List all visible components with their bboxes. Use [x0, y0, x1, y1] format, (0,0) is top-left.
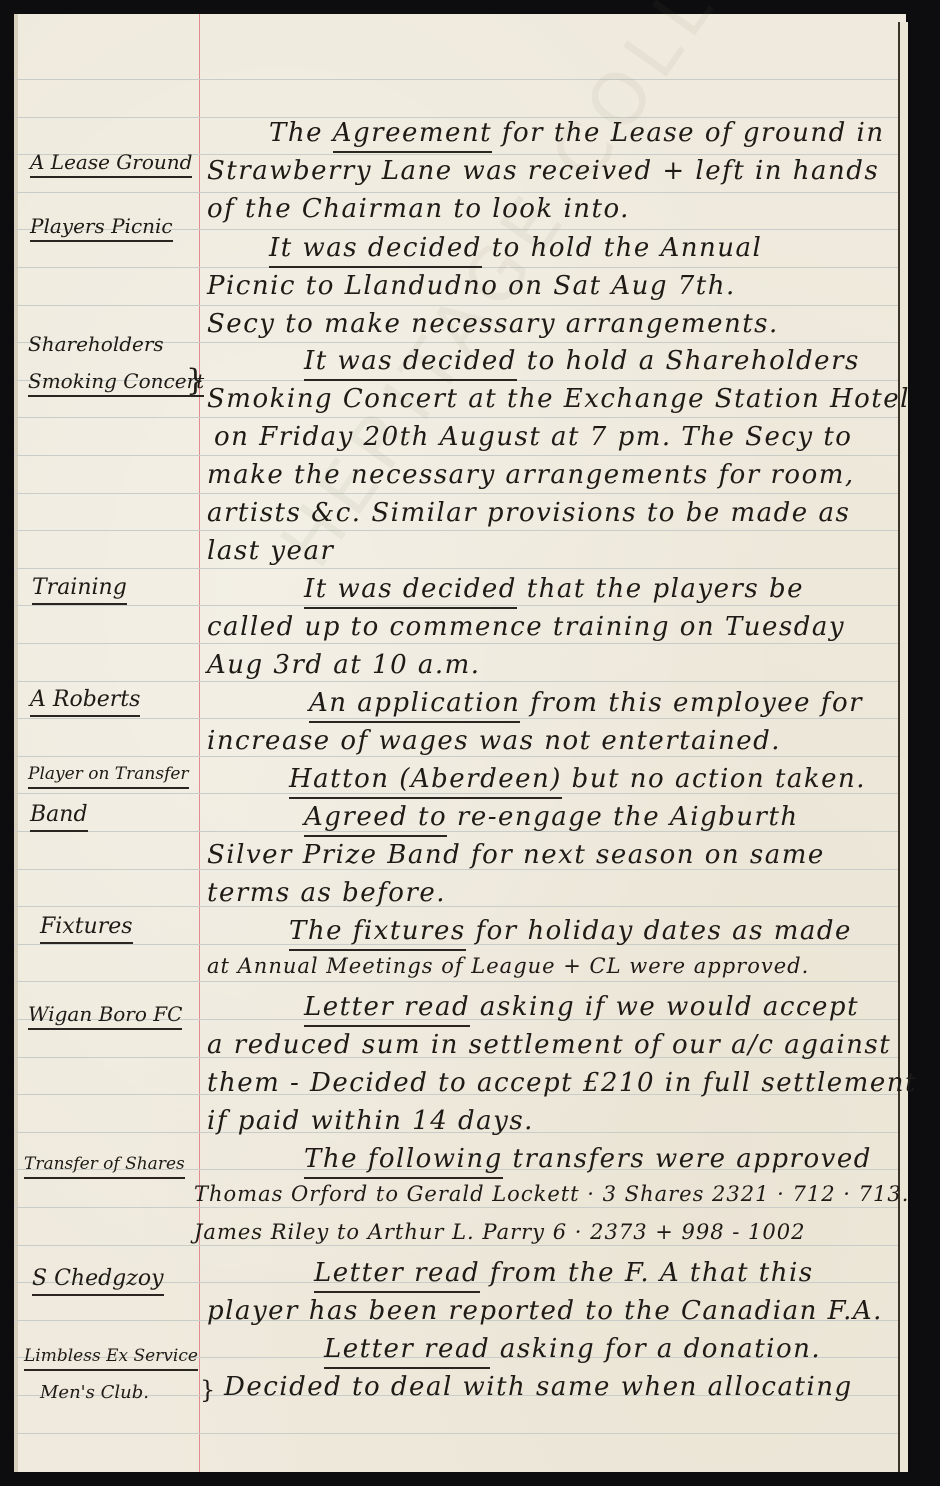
- margin-heading-mens-club: Men's Club.: [40, 1384, 149, 1402]
- minute-line-roberts: increase of wages was not entertained.: [207, 728, 781, 754]
- margin-heading-a-roberts: A Roberts: [30, 689, 140, 717]
- minute-line-shares: The following transfers were approved: [304, 1146, 872, 1172]
- line-text: James Riley to Arthur L. Parry 6 · 2373 …: [194, 1220, 805, 1244]
- page-left-edge: [14, 14, 18, 1472]
- ruled-line: [14, 643, 898, 644]
- next-page-edge: [900, 22, 908, 1472]
- line-text: increase of wages was not entertained.: [207, 726, 781, 756]
- ruled-line: [14, 681, 898, 682]
- ruled-line: [14, 192, 898, 193]
- minute-line-band: Agreed to re-engage the Aigburth: [304, 804, 799, 830]
- underlined-phrase: The fixtures: [289, 916, 466, 951]
- line-text: of the Chairman to look into.: [207, 194, 630, 224]
- page-fold-line: [898, 22, 900, 1472]
- minute-line-lease: Strawberry Lane was received + left in h…: [207, 158, 879, 184]
- minute-line-picnic: Secy to make necessary arrangements.: [207, 311, 779, 337]
- line-text: Decided to deal with same when allocatin…: [224, 1372, 853, 1402]
- line-text: player has been reported to the Canadian…: [207, 1296, 883, 1326]
- line-text: terms as before.: [207, 878, 446, 908]
- ruled-line: [14, 493, 898, 494]
- minute-line-fixtures: The fixtures for holiday dates as made: [289, 918, 852, 944]
- underlined-phrase: Agreement: [333, 118, 492, 153]
- minute-line-lease: of the Chairman to look into.: [207, 196, 630, 222]
- minute-line-lease: The Agreement for the Lease of ground in: [269, 120, 885, 146]
- ruled-line: [14, 305, 898, 306]
- minute-line-fixtures: at Annual Meetings of League + CL were a…: [207, 956, 809, 977]
- margin-heading-lease-ground: A Lease Ground: [30, 152, 192, 178]
- underlined-phrase: Letter read: [304, 992, 470, 1027]
- line-text: make the necessary arrangements for room…: [207, 460, 855, 490]
- line-text: asking for a donation.: [490, 1334, 821, 1364]
- line-text: Aug 3rd at 10 a.m.: [207, 650, 481, 680]
- line-text: Silver Prize Band for next season on sam…: [207, 840, 825, 870]
- minute-line-training: Aug 3rd at 10 a.m.: [207, 652, 481, 678]
- underlined-phrase: It was decided: [304, 346, 517, 381]
- minute-line-limbless: Letter read asking for a donation.: [324, 1336, 821, 1362]
- ruled-line: [14, 530, 898, 531]
- underlined-phrase: It was decided: [304, 574, 517, 609]
- margin-heading-transfer-of-shares: Transfer of Shares: [24, 1156, 185, 1179]
- margin-heading-shareholders: Shareholders: [28, 334, 164, 354]
- ruled-line: [14, 1433, 898, 1434]
- minute-line-concert: It was decided to hold a Shareholders: [304, 348, 860, 374]
- minute-line-limbless: Decided to deal with same when allocatin…: [224, 1374, 853, 1400]
- underlined-phrase: It was decided: [269, 233, 482, 268]
- brace-mark: }: [186, 366, 205, 396]
- minute-line-concert: artists &c. Similar provisions to be mad…: [207, 500, 850, 526]
- underlined-phrase: Hatton (Aberdeen): [289, 764, 562, 799]
- minute-line-roberts: An application from this employee for: [309, 690, 863, 716]
- minute-line-concert: on Friday 20th August at 7 pm. The Secy …: [214, 424, 852, 450]
- ruled-line: [14, 455, 898, 456]
- margin-heading-players-picnic: Players Picnic: [30, 216, 173, 242]
- line-text: to hold a Shareholders: [517, 346, 860, 376]
- line-text: for the Lease of ground in: [492, 118, 884, 148]
- minute-line-shares: Thomas Orford to Gerald Lockett · 3 Shar…: [194, 1184, 909, 1205]
- ruled-line: [14, 1207, 898, 1208]
- margin-heading-band: Band: [30, 804, 88, 832]
- underlined-phrase: Letter read: [324, 1334, 490, 1369]
- minute-line-chedgzoy: player has been reported to the Canadian…: [207, 1298, 883, 1324]
- line-text: Thomas Orford to Gerald Lockett · 3 Shar…: [194, 1182, 909, 1206]
- line-text: artists &c. Similar provisions to be mad…: [207, 498, 850, 528]
- minute-line-wigan: a reduced sum in settlement of our a/c a…: [207, 1032, 891, 1058]
- line-text: transfers were approved: [503, 1144, 872, 1174]
- ruled-line: [14, 79, 898, 80]
- line-text: asking if we would accept: [470, 992, 859, 1022]
- minute-line-shares: James Riley to Arthur L. Parry 6 · 2373 …: [194, 1222, 805, 1243]
- line-text: them - Decided to accept £210 in full se…: [207, 1068, 917, 1098]
- red-margin-rule: [199, 14, 200, 1472]
- line-text: that the players be: [517, 574, 804, 604]
- ruled-line: [14, 1245, 898, 1246]
- minute-line-chedgzoy: Letter read from the F. A that this: [314, 1260, 814, 1286]
- line-text: Secy to make necessary arrangements.: [207, 309, 779, 339]
- minute-line-band: Silver Prize Band for next season on sam…: [207, 842, 825, 868]
- minute-line-wigan: them - Decided to accept £210 in full se…: [207, 1070, 917, 1096]
- line-text: The: [269, 118, 333, 148]
- margin-heading-fixtures: Fixtures: [40, 916, 133, 944]
- line-text: on Friday 20th August at 7 pm. The Secy …: [214, 422, 852, 452]
- margin-heading-smoking-concert: Smoking Concert: [28, 371, 204, 397]
- underlined-phrase: The following: [304, 1144, 503, 1179]
- ruled-line: [14, 981, 898, 982]
- line-text: re-engage the Aigburth: [447, 802, 799, 832]
- line-text: from the F. A that this: [480, 1258, 814, 1288]
- line-text: last year: [207, 536, 334, 566]
- ruled-line: [14, 568, 898, 569]
- minute-line-wigan: Letter read asking if we would accept: [304, 994, 859, 1020]
- line-text: Smoking Concert at the Exchange Station …: [207, 384, 910, 414]
- margin-heading-wigan-boro: Wigan Boro FC: [28, 1004, 182, 1030]
- line-text: a reduced sum in settlement of our a/c a…: [207, 1030, 891, 1060]
- line-text: from this employee for: [520, 688, 863, 718]
- line-text: Strawberry Lane was received + left in h…: [207, 156, 879, 186]
- underlined-phrase: An application: [309, 688, 520, 723]
- ledger-page: HERITAGE COLLECTION A Lease Ground Playe…: [14, 14, 906, 1472]
- line-text: for holiday dates as made: [466, 916, 852, 946]
- line-text: called up to commence training on Tuesda…: [207, 612, 845, 642]
- minute-line-training: called up to commence training on Tuesda…: [207, 614, 845, 640]
- margin-heading-limbless-ex-service: Limbless Ex Service: [24, 1348, 198, 1371]
- line-text: to hold the Annual: [482, 233, 762, 263]
- minute-line-picnic: Picnic to Llandudno on Sat Aug 7th.: [207, 273, 736, 299]
- minute-line-concert: make the necessary arrangements for room…: [207, 462, 855, 488]
- underlined-phrase: Letter read: [314, 1258, 480, 1293]
- line-text: at Annual Meetings of League + CL were a…: [207, 954, 809, 978]
- underlined-phrase: Agreed to: [304, 802, 447, 837]
- margin-heading-player-on-transfer: Player on Transfer: [28, 766, 189, 789]
- minute-line-concert: last year: [207, 538, 334, 564]
- minute-line-wigan: if paid within 14 days.: [207, 1108, 534, 1134]
- minute-line-concert: Smoking Concert at the Exchange Station …: [207, 386, 910, 412]
- minute-line-picnic: It was decided to hold the Annual: [269, 235, 762, 261]
- line-text: Picnic to Llandudno on Sat Aug 7th.: [207, 271, 736, 301]
- margin-heading-s-chedgzoy: S Chedgzoy: [32, 1268, 164, 1296]
- margin-heading-training: Training: [32, 577, 127, 605]
- line-text: if paid within 14 days.: [207, 1106, 534, 1136]
- brace-mark: }: [200, 1378, 215, 1402]
- ruled-line: [14, 756, 898, 757]
- ruled-line: [14, 417, 898, 418]
- minute-line-player-transfer: Hatton (Aberdeen) but no action taken.: [289, 766, 866, 792]
- minute-line-training: It was decided that the players be: [304, 576, 804, 602]
- minute-line-band: terms as before.: [207, 880, 446, 906]
- line-text: but no action taken.: [562, 764, 866, 794]
- ruled-line: [14, 906, 898, 907]
